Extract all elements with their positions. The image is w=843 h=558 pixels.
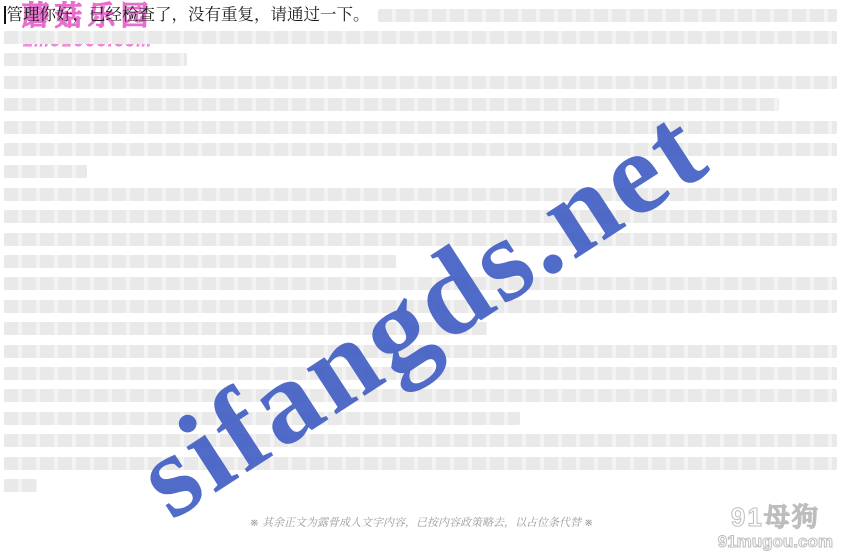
text-line — [4, 429, 837, 451]
text-cursor — [4, 6, 6, 24]
redacted-text-bar — [4, 345, 837, 358]
paragraph — [4, 183, 837, 273]
text-line — [4, 340, 837, 362]
text-line — [4, 228, 837, 250]
text-line — [4, 452, 837, 474]
paragraph — [4, 71, 837, 116]
redaction-notice: ※ 其余正文为露骨成人文字内容，已按内容政策略去，以占位条代替 ※ — [0, 514, 843, 530]
redacted-text-bar — [4, 233, 837, 246]
redacted-text-bar — [4, 277, 837, 290]
text-line — [4, 71, 837, 93]
corner-site-watermark: 91母狗 91mugou.com — [718, 503, 833, 552]
text-line: 管理你好，已经检查了，没有重复，请通过一下。 — [4, 4, 837, 26]
text-line — [4, 407, 837, 429]
text-line — [4, 138, 837, 160]
paragraph — [4, 116, 837, 183]
redacted-text-bar — [4, 53, 187, 66]
text-line — [4, 161, 837, 183]
redacted-text-bar — [4, 255, 396, 268]
redacted-text-bar — [4, 367, 837, 380]
redacted-text-bar — [4, 76, 837, 89]
redacted-text-bar — [4, 300, 837, 313]
paragraph — [4, 429, 837, 496]
text-line — [4, 206, 837, 228]
intro-text: 管理你好，已经检查了，没有重复，请通过一下。 — [7, 4, 370, 26]
redacted-text-bar — [4, 322, 487, 335]
text-line — [4, 94, 837, 116]
redacted-text-bar — [4, 165, 87, 178]
redacted-text-bar — [4, 121, 837, 134]
text-line — [4, 385, 837, 407]
redacted-text-bar — [4, 143, 837, 156]
redacted-text-bar — [4, 412, 520, 425]
document-page: 蘑菇乐园 Lm91666.com 管理你好，已经检查了，没有重复，请通过一下。 … — [0, 0, 843, 558]
redacted-text-bar — [4, 389, 837, 402]
text-line — [4, 183, 837, 205]
redacted-text-bar — [4, 210, 837, 223]
document-body: 管理你好，已经检查了，没有重复，请通过一下。 — [4, 4, 837, 497]
redacted-text-bar — [378, 9, 838, 22]
text-line — [4, 295, 837, 317]
redacted-text-bar — [4, 434, 837, 447]
redacted-text-bar — [4, 457, 837, 470]
text-line — [4, 362, 837, 384]
text-line — [4, 49, 837, 71]
corner-site-url: 91mugou.com — [718, 532, 833, 552]
paragraph — [4, 273, 837, 340]
paragraph: 管理你好，已经检查了，没有重复，请通过一下。 — [4, 4, 837, 71]
redacted-text-bar — [4, 188, 837, 201]
redacted-text-bar — [4, 479, 37, 492]
redacted-text-bar — [4, 31, 837, 44]
text-line — [4, 26, 837, 48]
text-line — [4, 250, 837, 272]
text-line — [4, 474, 837, 496]
paragraph — [4, 340, 837, 430]
text-line — [4, 317, 837, 339]
text-line — [4, 273, 837, 295]
corner-site-name: 91母狗 — [718, 503, 833, 533]
redacted-text-bar — [4, 98, 779, 111]
text-line — [4, 116, 837, 138]
